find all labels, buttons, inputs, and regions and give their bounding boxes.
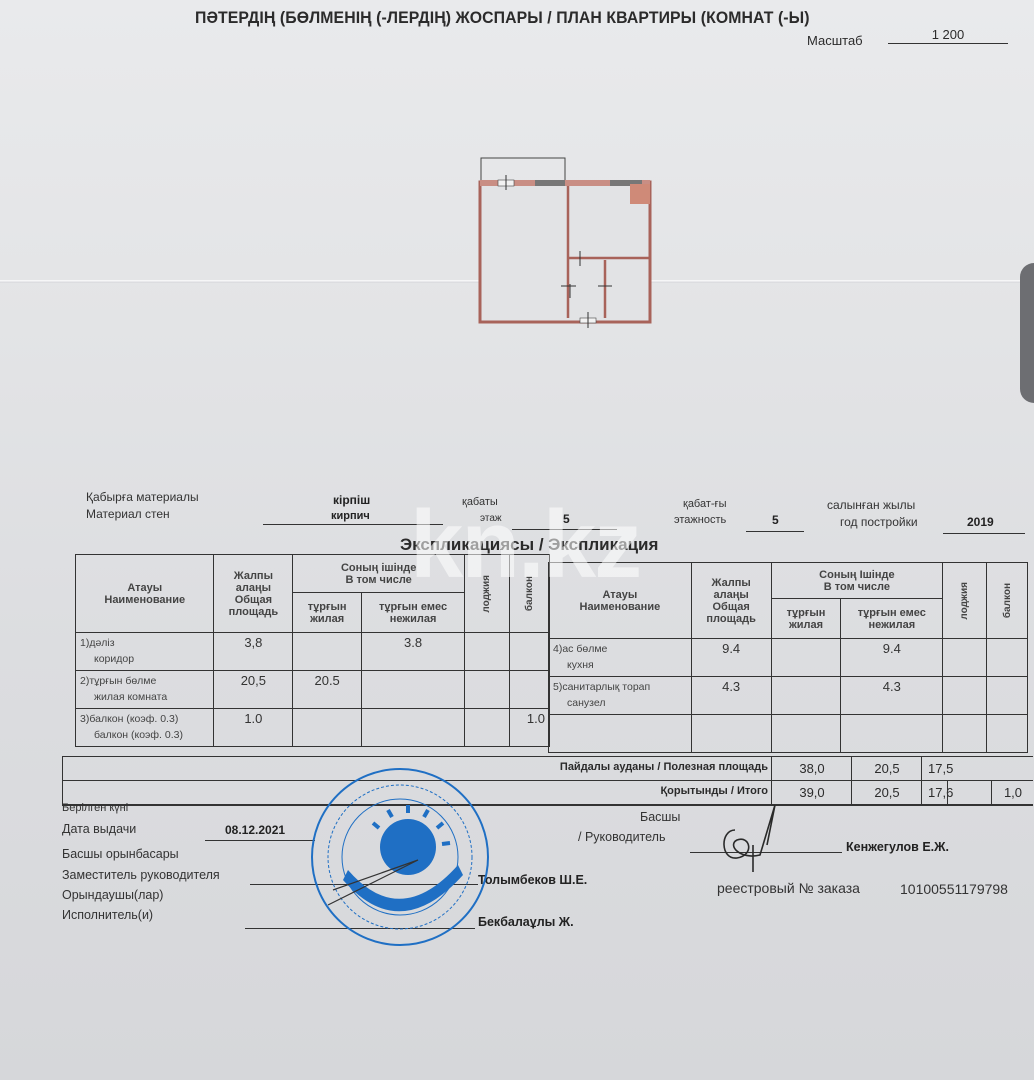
wall-material-label-kz: Қабырға материалы	[86, 490, 199, 504]
table-cell	[549, 715, 692, 753]
table-cell: 4.3	[841, 677, 943, 715]
table-cell	[771, 677, 841, 715]
watermark: kn.kz	[410, 490, 640, 600]
scale-label: Масштаб	[807, 33, 863, 48]
table-cell: 3)балкон (коэф. 0.3)балкон (коэф. 0.3)	[76, 709, 214, 747]
issue-date: 08.12.2021	[225, 823, 285, 837]
table-cell	[987, 639, 1028, 677]
table-cell	[987, 715, 1028, 753]
grand-total-row: Қорытынды / Итого 39,0 20,5 17,6 1,0	[63, 781, 1033, 805]
floor-plan	[470, 150, 670, 330]
table-cell	[771, 715, 841, 753]
executor-label-kz: Орындаушы(лар)	[62, 888, 163, 902]
table-cell: 1.0	[214, 709, 293, 747]
table-cell: 20.5	[293, 671, 362, 709]
document-title: ПӘТЕРДІҢ (БӨЛМЕНІҢ (-ЛЕРДІҢ) ЖОСПАРЫ / П…	[195, 8, 810, 28]
table-cell: 1.0	[509, 709, 549, 747]
year-value: 2019	[967, 515, 994, 529]
floors-total-label-kz: қабат-ғы	[683, 498, 726, 510]
wall-material-ru: кирпич	[331, 510, 370, 522]
scale-value: 1 200	[888, 27, 1008, 44]
table-cell	[465, 709, 509, 747]
floors-total-label-ru: этажность	[674, 514, 726, 526]
table-cell	[362, 709, 465, 747]
table-row: 4)ас бөлмекухня 9.4 9.4	[549, 639, 1028, 677]
table-cell: 20,5	[214, 671, 293, 709]
header-living: тұрғынжилая	[293, 593, 362, 633]
table-cell	[771, 639, 841, 677]
deputy-label-ru: Заместитель руководителя	[62, 868, 220, 882]
floors-total-value: 5	[772, 513, 779, 527]
head-name: Кенжегулов Е.Ж.	[846, 840, 949, 854]
year-underline	[943, 533, 1025, 534]
table-cell: 3,8	[214, 633, 293, 671]
table-row	[549, 715, 1028, 753]
official-stamp	[308, 765, 493, 950]
deputy-label-kz: Басшы орынбасары	[62, 847, 179, 861]
binder-clip	[1020, 263, 1034, 403]
table-cell	[987, 677, 1028, 715]
table-cell: 5)санитарлық торапсанузел	[549, 677, 692, 715]
registry-label: реестровый № заказа	[717, 880, 860, 896]
table-cell	[465, 633, 509, 671]
table-cell	[509, 633, 549, 671]
table-cell	[943, 715, 987, 753]
table-cell: 4)ас бөлмекухня	[549, 639, 692, 677]
executor-label-ru: Исполнитель(и)	[62, 908, 153, 922]
issue-date-label-ru: Дата выдачи	[62, 822, 136, 836]
table-cell	[293, 633, 362, 671]
table-cell	[841, 715, 943, 753]
header-loggia: лоджия	[943, 563, 987, 639]
signature-scribble	[715, 800, 785, 875]
header-living: тұрғынжилая	[771, 599, 841, 639]
header-total: ЖалпыалаңыОбщаяплощадь	[691, 563, 771, 639]
head-label-ru: / Руководитель	[578, 830, 665, 844]
table-cell	[362, 671, 465, 709]
header-including: Соның ІшіндеВ том числе	[771, 563, 943, 599]
table-cell	[943, 677, 987, 715]
table-row: 3)балкон (коэф. 0.3)балкон (коэф. 0.3) 1…	[76, 709, 550, 747]
table-row: 5)санитарлық торапсанузел 4.3 4.3	[549, 677, 1028, 715]
table-cell: 4.3	[691, 677, 771, 715]
header-balcony: балкон	[987, 563, 1028, 639]
table-cell	[293, 709, 362, 747]
table-cell: 2)тұрғын бөлмежилая комната	[76, 671, 214, 709]
header-nonliving: тұрғын емеснежилая	[841, 599, 943, 639]
header-name: АтауыНаименование	[76, 555, 214, 633]
year-label-kz: салынған жылы	[827, 498, 915, 512]
table-row: 2)тұрғын бөлмежилая комната 20,5 20.5	[76, 671, 550, 709]
useful-area-row: Пайдалы ауданы / Полезная площадь 38,0 2…	[63, 757, 1033, 781]
table-cell: 9.4	[841, 639, 943, 677]
table-cell	[509, 671, 549, 709]
registry-number: 10100551179798	[900, 881, 1008, 897]
table-cell	[943, 639, 987, 677]
floors-total-underline	[746, 531, 804, 532]
totals-block: Пайдалы ауданы / Полезная площадь 38,0 2…	[62, 756, 1033, 806]
wall-material-label-ru: Материал стен	[86, 507, 170, 521]
deputy-name: Толымбеков Ш.Е.	[478, 873, 587, 887]
table-cell	[691, 715, 771, 753]
year-label-ru: год постройки	[840, 515, 918, 529]
wall-material-kz: кірпіш	[333, 493, 370, 507]
issue-date-label-kz: Берілген күні	[62, 802, 128, 814]
header-total: ЖалпыалаңыОбщаяплощадь	[214, 555, 293, 633]
table-cell: 3.8	[362, 633, 465, 671]
table-cell	[465, 671, 509, 709]
table-cell: 1)дәлізкоридор	[76, 633, 214, 671]
table-cell: 9.4	[691, 639, 771, 677]
head-label-kz: Басшы	[640, 810, 680, 824]
table-row: 1)дәлізкоридор 3,8 3.8	[76, 633, 550, 671]
issue-date-underline	[205, 840, 315, 841]
